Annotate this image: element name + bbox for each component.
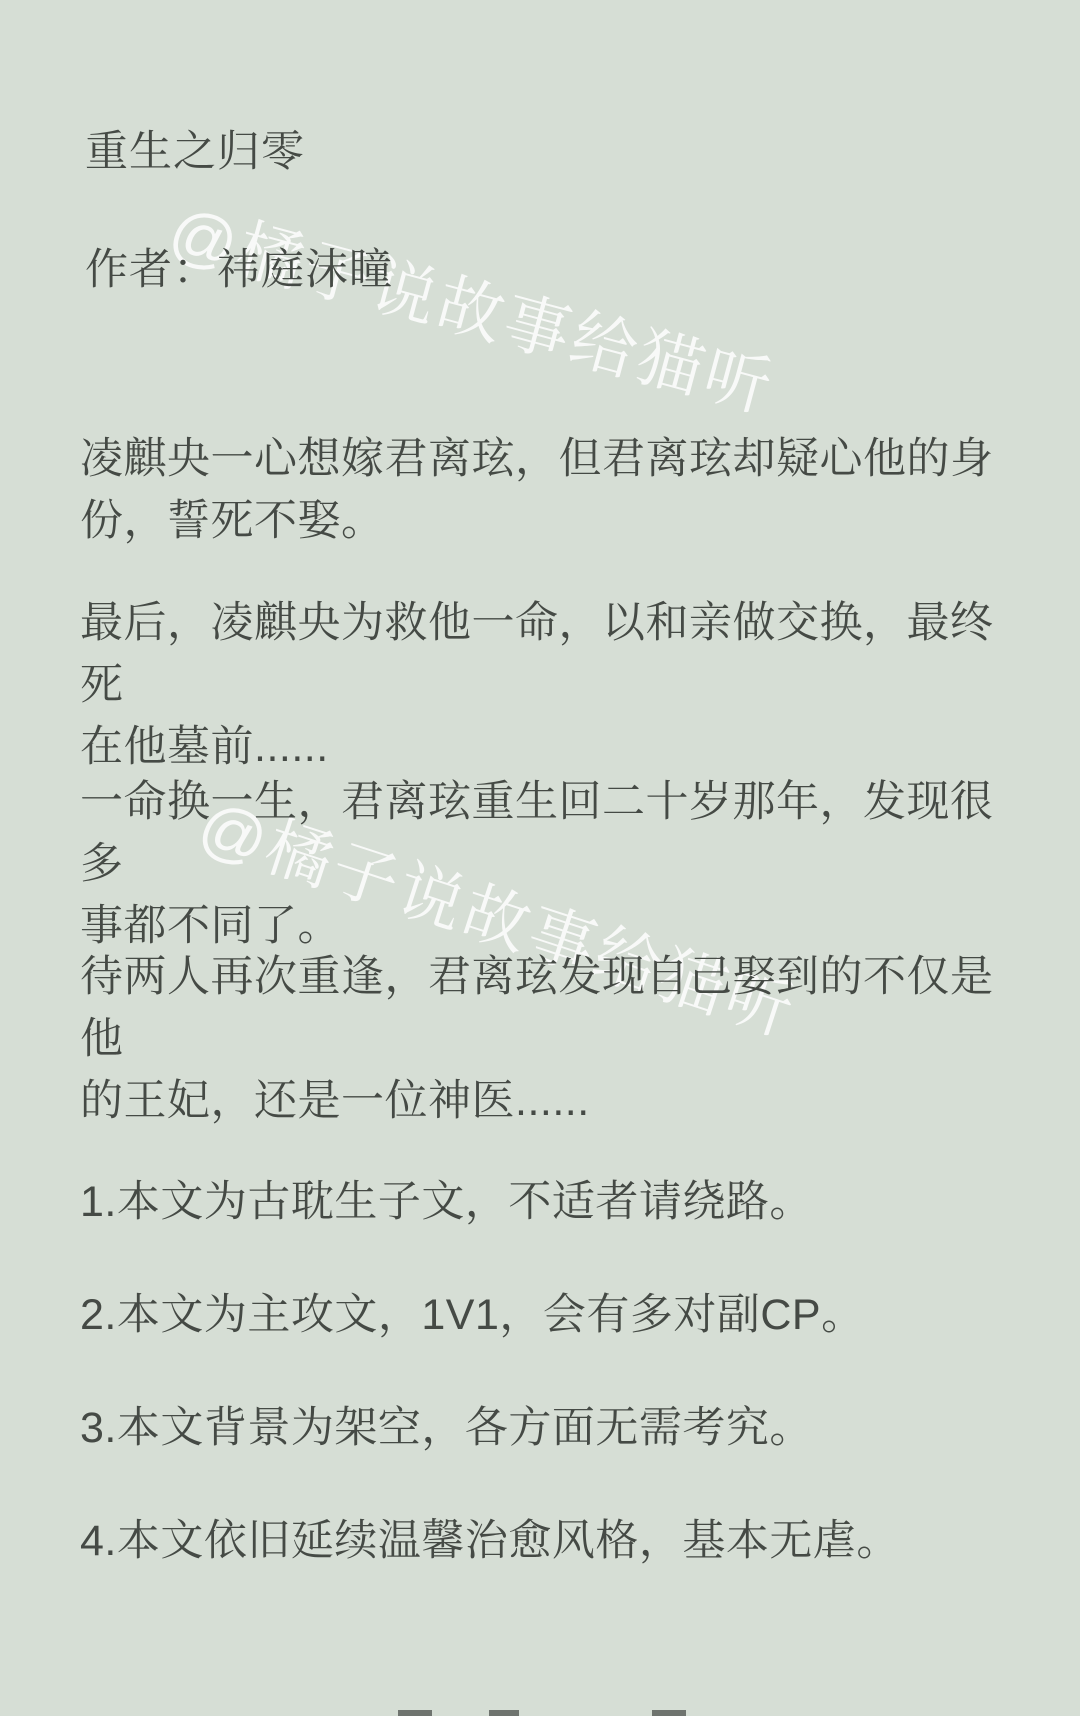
synopsis-paragraph-1: 凌麒央一心想嫁君离玹，但君离玹却疑心他的身 份，誓死不娶。: [80, 428, 1000, 552]
note-item-3: 3.本文背景为架空，各方面无需考究。: [80, 1397, 1000, 1459]
story-author-line: 作者：祎庭沫瞳: [85, 236, 393, 297]
story-title: 重生之归零: [85, 118, 305, 179]
note-item-2: 2.本文为主攻文，1V1，会有多对副CP。: [80, 1284, 1000, 1346]
note-item-4: 4.本文依旧延续温馨治愈风格，基本无虐。: [80, 1510, 1000, 1572]
cutoff-next-line-fragment: [489, 1710, 519, 1716]
watermark-text-top: @橘子说故事给猫听: [160, 178, 785, 431]
synopsis-paragraph-3: 一命换一生，君离玹重生回二十岁那年，发现很多 事都不同了。: [80, 771, 1000, 957]
story-intro-page: @橘子说故事给猫听 @橘子说故事给猫听 重生之归零 作者：祎庭沫瞳 凌麒央一心想…: [0, 0, 1080, 1716]
cutoff-next-line-fragment: [398, 1710, 432, 1716]
note-item-1: 1.本文为古耽生子文，不适者请绕路。: [80, 1171, 1000, 1233]
cutoff-next-line-fragment: [652, 1710, 686, 1716]
synopsis-paragraph-2: 最后，凌麒央为救他一命，以和亲做交换，最终死 在他墓前......: [80, 592, 1000, 778]
synopsis-paragraph-4: 待两人再次重逢，君离玹发现自己娶到的不仅是他 的王妃，还是一位神医......: [80, 946, 1000, 1132]
